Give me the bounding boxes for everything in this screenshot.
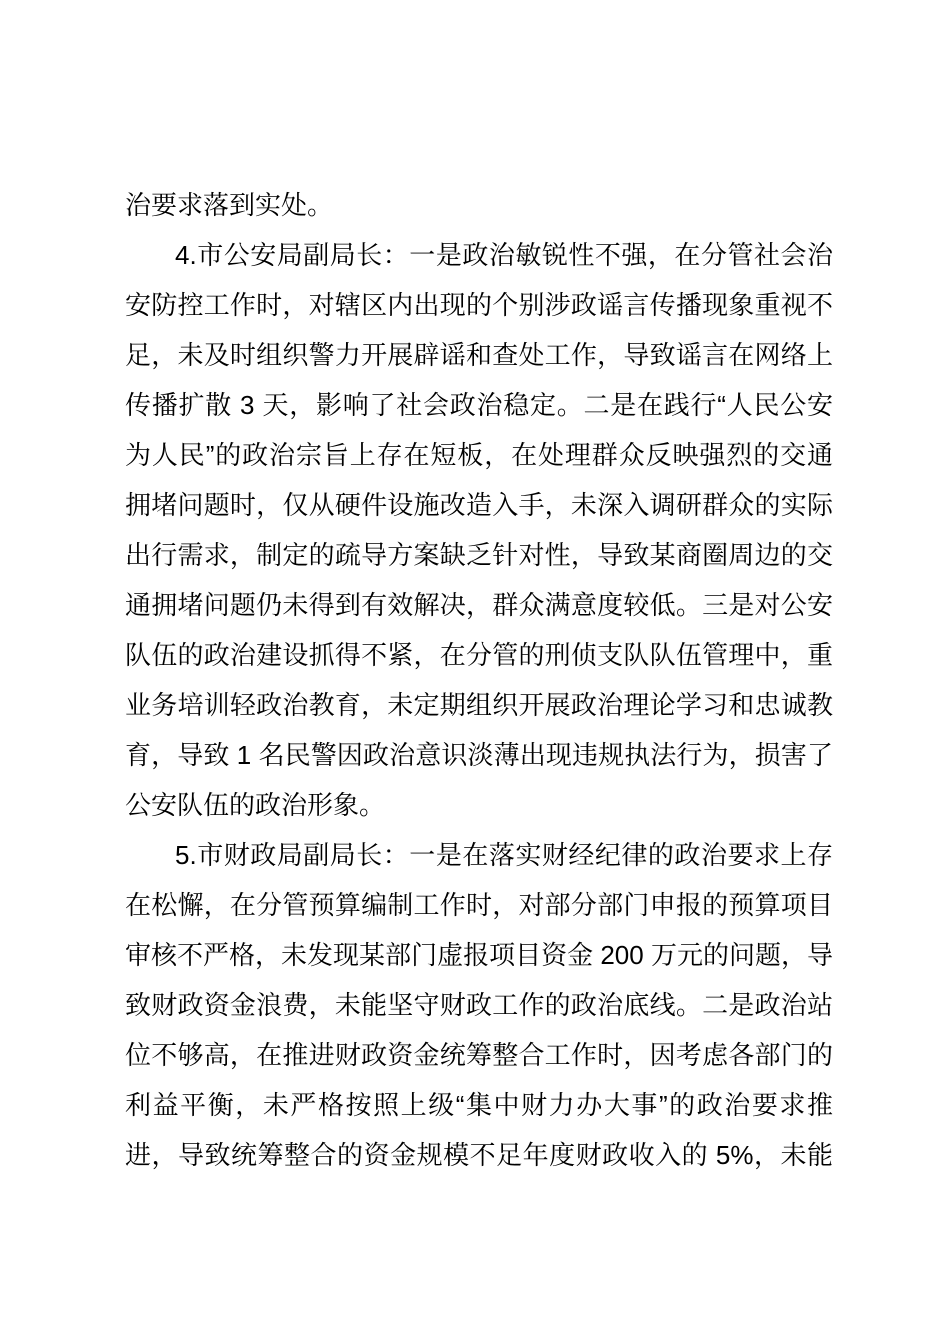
text-line: 安防控工作时，对辖区内出现的个别涉政谣言传播现象重视不 [125,280,833,330]
text-line: 治要求落到实处。 [125,180,833,230]
text-line: 进，导致统筹整合的资金规模不足年度财政收入的 5%，未能 [125,1130,833,1180]
text-line: 在松懈，在分管预算编制工作时，对部分部门申报的预算项目 [125,880,833,930]
text-line: 传播扩散 3 天，影响了社会政治稳定。二是在践行“人民公安 [125,380,833,430]
text-line: 业务培训轻政治教育，未定期组织开展政治理论学习和忠诚教 [125,680,833,730]
text-line: 队伍的政治建设抓得不紧，在分管的刑侦支队队伍管理中，重 [125,630,833,680]
text-line: 致财政资金浪费，未能坚守财政工作的政治底线。二是政治站 [125,980,833,1030]
text-line: 5.市财政局副局长：一是在落实财经纪律的政治要求上存 [125,830,833,880]
text-line: 4.市公安局副局长：一是政治敏锐性不强，在分管社会治 [125,230,833,280]
text-line: 出行需求，制定的疏导方案缺乏针对性，导致某商圈周边的交 [125,530,833,580]
text-line: 为人民”的政治宗旨上存在短板，在处理群众反映强烈的交通 [125,430,833,480]
text-line: 公安队伍的政治形象。 [125,780,833,830]
text-line: 育，导致 1 名民警因政治意识淡薄出现违规执法行为，损害了 [125,730,833,780]
text-line: 拥堵问题时，仅从硬件设施改造入手，未深入调研群众的实际 [125,480,833,530]
text-line: 位不够高，在推进财政资金统筹整合工作时，因考虑各部门的 [125,1030,833,1080]
document-page-body: 治要求落到实处。4.市公安局副局长：一是政治敏锐性不强，在分管社会治安防控工作时… [125,180,833,1180]
text-line: 审核不严格，未发现某部门虚报项目资金 200 万元的问题，导 [125,930,833,980]
text-line: 利益平衡，未严格按照上级“集中财力办大事”的政治要求推 [125,1080,833,1130]
text-line: 足，未及时组织警力开展辟谣和查处工作，导致谣言在网络上 [125,330,833,380]
text-line: 通拥堵问题仍未得到有效解决，群众满意度较低。三是对公安 [125,580,833,630]
